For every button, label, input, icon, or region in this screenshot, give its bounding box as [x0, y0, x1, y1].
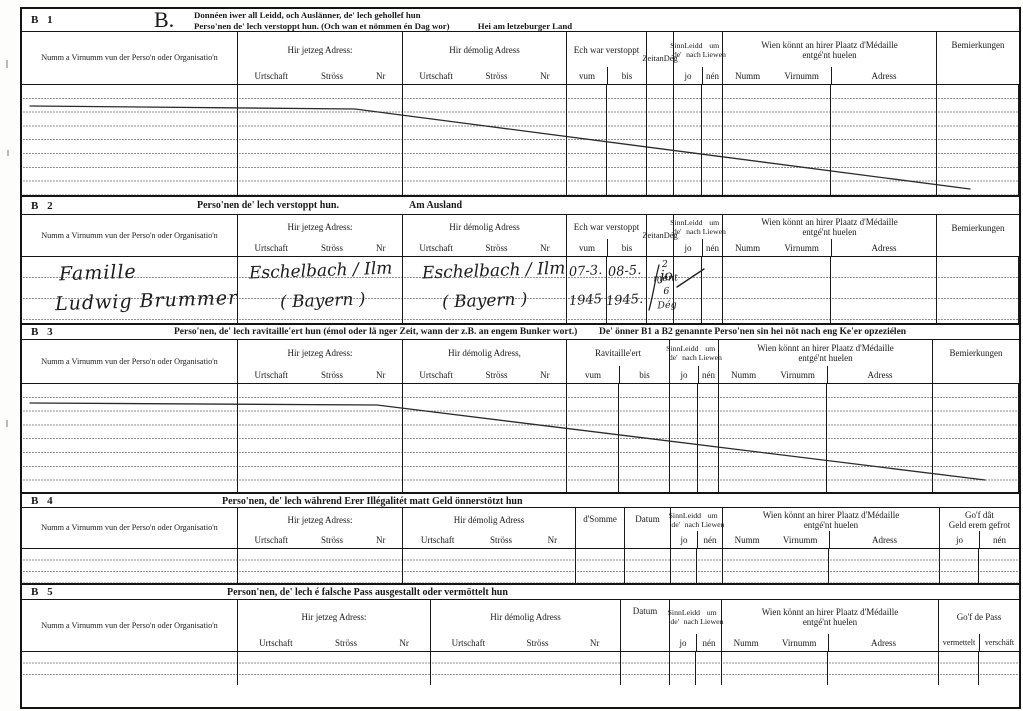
section-b5-titlebar: B 5 Person'nen, de' lech é falsche Pass …	[22, 585, 1019, 600]
body-cell	[933, 384, 1019, 492]
body-cell	[431, 652, 621, 685]
scanned-form-page: B 1 B. Donnéen iwer all Leidd, och Auslä…	[0, 0, 1023, 711]
subcol-nen: nén	[702, 67, 722, 84]
body-cell	[576, 549, 625, 583]
col-header-still-alive: Sinn de' Leidd nach um Liewen jo nén	[670, 600, 722, 651]
body-cell	[698, 384, 719, 492]
body-cell	[719, 384, 827, 492]
col-header-former-address: Hir démolig Adress Urtschaft Ströss Nr	[403, 32, 567, 84]
col-header-still-alive: Sinn de' Leidd nach um Liewen jo nén	[674, 215, 723, 256]
section-b3-body	[22, 384, 1019, 492]
body-cell	[607, 85, 647, 195]
col-header-current-address: Hir jetzeg Adress: Urtschaft Ströss Nr	[238, 32, 403, 84]
subcol-jo: jo	[674, 67, 702, 84]
col-header-medal-recipient: Wien könnt an hirer Plaatz d'Médaille en…	[723, 215, 937, 256]
body-cell	[238, 384, 403, 492]
col-header-name: Numm a Virnumm vun der Perso'n oder Orga…	[22, 340, 238, 383]
col-header-former-address: Hir démolig Adress Urtschaft Ströss Nr	[403, 508, 576, 548]
subcol-nr: Nr	[540, 71, 550, 81]
col-header-datum: Datum	[625, 508, 671, 548]
col-header-current-address: Hir jetzeg Adress: Urtschaft Ströss Nr	[238, 508, 403, 548]
col-header-current-address: Hir jetzeg Adress: Urtschaft Ströss Nr	[238, 215, 403, 256]
section-b4-header: Numm a Virnumm vun der Perso'n oder Orga…	[22, 508, 1019, 549]
body-cell	[238, 652, 431, 685]
col-header-former-address: Hir démolig Adress Urtschaft Ströss Nr	[431, 600, 621, 651]
section-b5-body	[22, 652, 1019, 685]
section-b4: B 4 Perso'nen, de' lech während Erer Ill…	[22, 492, 1019, 583]
body-cell	[829, 549, 940, 583]
handwritten-current-address-line2: ( Bayern )	[280, 290, 366, 313]
subcol-bis: bis	[607, 67, 646, 84]
handwritten-vum-line1: 07-3.	[569, 263, 603, 280]
body-cell	[238, 85, 403, 195]
col-header-name: Numm a Virnumm vun der Perso'n oder Orga…	[22, 215, 238, 256]
handwritten-duration: 2 mént 6 Dég	[648, 257, 685, 313]
section-b4-titlebar: B 4 Perso'nen, de' lech während Erer Ill…	[22, 494, 1019, 508]
col-header-money-returned: Go'f dât Geld erem gefrot jo nén	[940, 508, 1019, 548]
body-cell	[403, 85, 567, 195]
scan-artifact	[6, 420, 8, 427]
body-cell	[723, 257, 831, 323]
section-b1-big-letter: B.	[154, 7, 174, 33]
body-cell	[674, 85, 702, 195]
subcol-nr: Nr	[376, 71, 386, 81]
body-cell	[567, 384, 619, 492]
body-cell	[723, 85, 831, 195]
subcol-urtschaft: Urtschaft	[254, 71, 288, 81]
body-cell	[702, 257, 723, 323]
col-header-hidden-period: Ech war verstoppt vum bis	[567, 215, 647, 256]
col-header-hidden-period: Ech war verstoppt vum bis	[567, 32, 647, 84]
section-b3: B 3 Perso'nen, de' lech ravitaille'ert h…	[22, 323, 1019, 492]
section-b1-title-line2-right: Hei am letzeburger Land	[478, 21, 572, 31]
body-cell	[940, 549, 979, 583]
col-header-remarks: Bemierkungen	[937, 32, 1019, 84]
handwritten-name-line1: Famille	[59, 261, 137, 286]
body-cell	[619, 384, 670, 492]
subcol-vum: vum	[567, 67, 607, 84]
section-b4-label: B 4	[31, 495, 56, 507]
section-b1-body	[22, 85, 1019, 195]
handwritten-alive-jo: jo	[660, 268, 673, 284]
body-cell	[22, 85, 238, 195]
col-header-medal-recipient: Wien könnt an hirer Plaatz d'Médaille en…	[722, 600, 939, 651]
body-cell	[723, 549, 829, 583]
body-cell	[828, 652, 939, 685]
section-b3-title: Perso'nen, de' lech ravitaille'ert hun (…	[174, 327, 577, 338]
section-b2-title-right: Am Ausland	[409, 200, 462, 211]
section-b3-title-right: De' önner B1 a B2 genannte Perso'nen sin…	[599, 327, 906, 338]
body-cell	[671, 549, 697, 583]
body-cell	[979, 549, 1019, 583]
body-cell	[831, 85, 937, 195]
col-header-pass-outcome: Go'f de Pass vermettelt verschäft	[939, 600, 1019, 651]
scan-artifact	[6, 60, 8, 68]
col-header-former-address: Hir démolig Adress, Urtschaft Ströss Nr	[403, 340, 567, 383]
body-cell	[939, 652, 979, 685]
subcol-numm: Numm	[735, 71, 760, 81]
section-b5-title: Person'nen, de' lech é falsche Pass ausg…	[227, 587, 508, 598]
section-b5: B 5 Person'nen, de' lech é falsche Pass …	[22, 583, 1019, 685]
handwritten-former-address-line2: ( Bayern )	[442, 290, 528, 313]
section-b5-label: B 5	[31, 586, 56, 598]
section-b1: B 1 B. Donnéen iwer all Leidd, och Auslä…	[22, 9, 1019, 195]
section-b2-label: B 2	[31, 200, 56, 212]
body-cell	[22, 652, 238, 685]
col-header-remarks: Bemierkungen	[933, 340, 1019, 383]
col-header-datum: Datum	[621, 600, 670, 651]
section-b2-title: Perso'nen de' lech verstoppt hun.	[197, 200, 339, 211]
body-cell	[696, 652, 722, 685]
questionnaire-table: B 1 B. Donnéen iwer all Leidd, och Auslä…	[20, 7, 1021, 709]
subcol-urtschaft: Urtschaft	[419, 71, 453, 81]
col-header-current-address: Hir jetzeg Adress: Urtschaft Ströss Nr	[238, 600, 431, 651]
section-b3-label: B 3	[31, 326, 56, 338]
body-cell	[937, 257, 1019, 323]
section-b3-header: Numm a Virnumm vun der Perso'n oder Orga…	[22, 340, 1019, 384]
handwritten-vum-line2: 1945	[569, 292, 603, 309]
col-header-medal-recipient: Wien könnt an hirer Plaatz d'Médaille en…	[723, 508, 940, 548]
subcol-adress: Adress	[832, 67, 936, 84]
body-cell	[722, 652, 828, 685]
section-b1-header: Numm a Virnumm vun der Perso'n oder Orga…	[22, 32, 1019, 85]
body-cell	[625, 549, 671, 583]
col-header-ravitaillement: Ravitaille'ert vum bis	[567, 340, 670, 383]
subcol-vermettelt: vermettelt	[939, 634, 979, 651]
col-header-medal-recipient: Wien könnt an hirer Plaatz d'Médaille en…	[719, 340, 933, 383]
subcol-stross: Ströss	[485, 71, 507, 81]
body-cell	[670, 384, 698, 492]
section-b2: B 2 Perso'nen de' lech verstoppt hun. Am…	[22, 195, 1019, 323]
body-cell	[702, 85, 723, 195]
body-cell	[697, 549, 723, 583]
col-header-current-address: Hir jetzeg Adress: Urtschaft Ströss Nr	[238, 340, 403, 383]
section-b5-header: Numm a Virnumm vun der Perso'n oder Orga…	[22, 600, 1019, 652]
body-cell	[621, 652, 670, 685]
handwritten-bis-line2: 1945.	[606, 292, 644, 310]
section-b2-header: Numm a Virnumm vun der Perso'n oder Orga…	[22, 215, 1019, 257]
col-header-name: Numm a Virnumm vun der Perso'n oder Orga…	[22, 600, 238, 651]
col-header-somme: d'Somme	[576, 508, 625, 548]
handwritten-bis-line1: 08-5.	[608, 263, 642, 280]
section-b1-title: Donnéen iwer all Leidd, och Auslänner, d…	[194, 10, 572, 32]
section-b1-label: B 1	[31, 14, 56, 26]
section-b4-body	[22, 549, 1019, 583]
section-b3-titlebar: B 3 Perso'nen, de' lech ravitaille'ert h…	[22, 325, 1019, 340]
body-cell	[827, 384, 933, 492]
col-header-still-alive: Sinn de' Leidd nach um Liewen jo nén	[674, 32, 723, 84]
body-cell	[403, 384, 567, 492]
section-b1-titlebar: B 1 B. Donnéen iwer all Leidd, och Auslä…	[22, 9, 1019, 32]
body-cell	[22, 384, 238, 492]
col-header-name: Numm a Virnumm vun der Perso'n oder Orga…	[22, 508, 238, 548]
col-header-medal-recipient: Wien könnt an hirer Plaatz d'Médaille en…	[723, 32, 937, 84]
col-header-former-address: Hir démolig Adress Urtschaft Ströss Nr	[403, 215, 567, 256]
scan-artifact	[7, 150, 9, 156]
subcol-verschaft: verschäft	[979, 634, 1019, 651]
section-b2-titlebar: B 2 Perso'nen de' lech verstoppt hun. Am…	[22, 197, 1019, 215]
body-cell	[670, 652, 696, 685]
section-b2-body: Famille Ludwig Brummer Eschelbach / Ilm …	[22, 257, 1019, 323]
subcol-stross: Ströss	[321, 71, 343, 81]
body-cell	[979, 652, 1019, 685]
body-cell	[22, 549, 238, 583]
col-header-name: Numm a Virnumm vun der Perso'n oder Orga…	[22, 32, 238, 84]
section-b4-title: Perso'nen, de' lech während Erer Illégal…	[222, 496, 523, 507]
subcol-virnumm: Virnumm	[784, 71, 818, 81]
body-cell	[647, 85, 674, 195]
body-cell	[937, 85, 1019, 195]
section-b1-title-line1: Donnéen iwer all Leidd, och Auslänner, d…	[194, 10, 572, 21]
body-cell	[831, 257, 937, 323]
col-header-still-alive: Sinn de' Leidd nach um Liewen jo nén	[670, 340, 719, 383]
col-header-still-alive: Sinn de' Leidd nach um Liewen jo nén	[671, 508, 723, 548]
col-header-remarks: Bemierkungen	[937, 215, 1019, 256]
section-b1-title-line2: Perso'nen de' lech verstoppt hun. (Och w…	[194, 21, 572, 32]
body-cell	[403, 549, 576, 583]
body-cell	[567, 85, 607, 195]
body-cell	[238, 549, 403, 583]
